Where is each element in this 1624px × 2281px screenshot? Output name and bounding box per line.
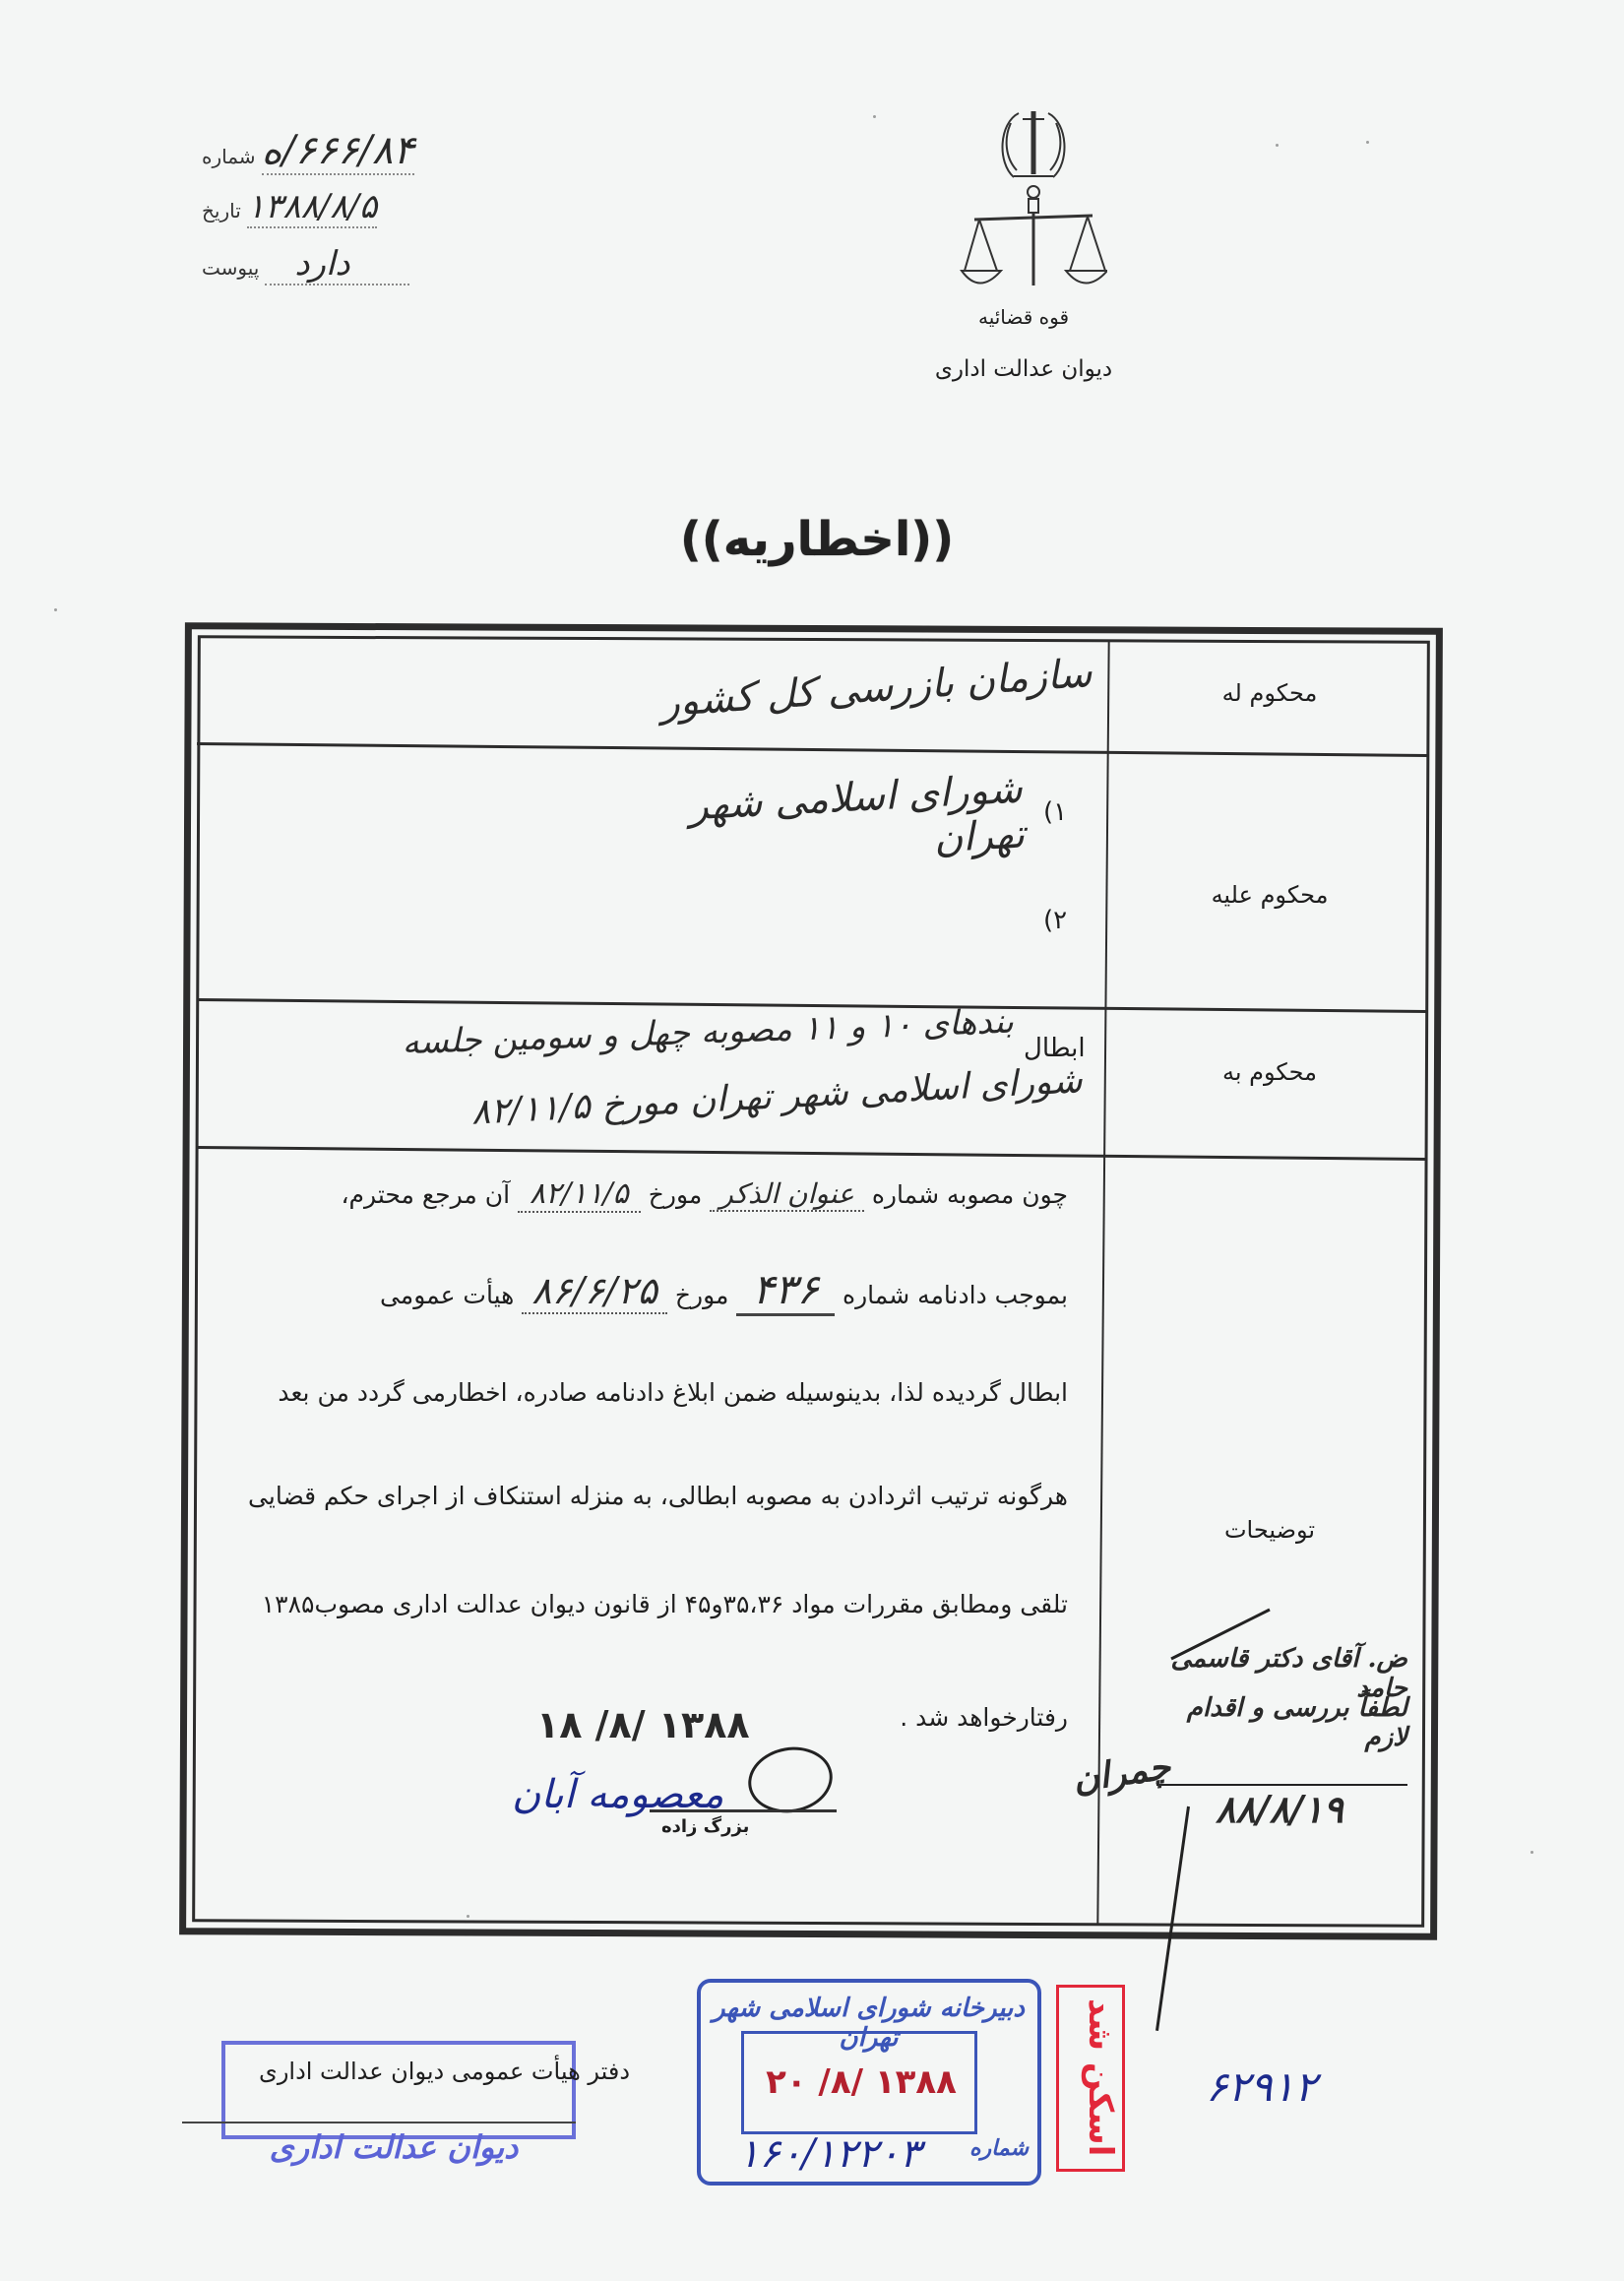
header-attachment-row: پیوست دارد (202, 244, 546, 285)
signature-underline (650, 1809, 837, 1812)
line-2-part-b: مورخ (675, 1281, 729, 1309)
line-1-hand-number: عنوان الذکر (710, 1177, 864, 1212)
date-value: ۱۳۸۸/۸/۵ (247, 187, 377, 228)
label-ruled-for: محکوم له (1122, 679, 1417, 707)
court-stamp (221, 2041, 576, 2139)
item-2-number: ۲) (1043, 906, 1067, 935)
description-line-1: چون مصوبه شماره عنوان الذکر مورخ ۸۲/۱۱/۵… (341, 1176, 1068, 1213)
council-stamp-number: ۱۶۰/۱۲۲۰۳ (738, 2131, 920, 2177)
page-title: ((اخطاریه)) (679, 512, 955, 567)
description-line-2: بموجب دادنامه شماره ۴۳۶ مورخ ۸۶/۶/۲۵ هیأ… (380, 1265, 1068, 1316)
court-name: دیوان عدالت اداری (886, 356, 1161, 382)
line-1-part-c: آن مرجع محترم، (341, 1180, 510, 1209)
description-line-6: رفتارخواهد شد . (900, 1703, 1068, 1732)
judiciary-emblem-icon (960, 103, 1107, 290)
attachment-label: پیوست (202, 256, 259, 280)
description-line-3: ابطال گردیده لذا، بدینوسیله ضمن ابلاغ دا… (278, 1378, 1068, 1407)
description-line-5: تلقی ومطابق مقررات مواد ۳۵،۳۶و۴۵ از قانو… (262, 1590, 1068, 1618)
label-description: توضیحات (1122, 1516, 1417, 1544)
label-ruled-subject: محکوم به (1122, 1058, 1417, 1086)
description-line-4: هرگونه ترتیب اثردادن به مصوبه ابطالی، به… (248, 1482, 1068, 1510)
line-1-hand-date: ۸۲/۱۱/۵ (518, 1176, 641, 1213)
line-2-part-c: هیأت عمومی (380, 1281, 514, 1309)
line-2-part-a: بموجب دادنامه شماره (843, 1281, 1068, 1309)
line-2-hand-number: ۴۳۶ (736, 1265, 835, 1316)
court-stamp-text: دیوان عدالت اداری (236, 2128, 551, 2166)
judiciary-name: قوه قضائیه (906, 305, 1142, 329)
signatory-printed-name: بزرگ زاده (661, 1816, 749, 1837)
council-stamp-date: ۱۳۸۸ /۸/ ۲۰ (748, 2062, 974, 2102)
header-number-row: شماره ۶۶۶/۸۴/ه (202, 128, 546, 175)
label-ruled-against: محکوم علیه (1122, 881, 1417, 909)
subject-printed-prefix: ابطال (1024, 1034, 1086, 1063)
item-1-number: ۱) (1043, 797, 1067, 827)
footer-hand-number: ۶۲۹۱۲ (1206, 2062, 1317, 2111)
margin-note-underline (1156, 1784, 1407, 1786)
date-label: تاریخ (202, 199, 241, 222)
footer-office-text: دفتر هیأت عمومی دیوان عدالت اداری (177, 2058, 630, 2085)
scanned-stamp-text: اسکن شد (1061, 1994, 1120, 2161)
footer-strike-line (182, 2122, 576, 2123)
signature-date: ۱۳۸۸ /۸/ ۱۸ (536, 1703, 750, 1746)
number-value: ۶۶۶/۸۴/ه (262, 128, 414, 175)
number-label: شماره (202, 145, 256, 168)
margin-note-line-2: لطفاً بررسی و اقدام لازم (1161, 1693, 1407, 1752)
council-stamp-number-label: شماره (969, 2136, 1029, 2161)
attachment-value: دارد (265, 244, 408, 285)
line-2-hand-date: ۸۶/۶/۲۵ (522, 1269, 667, 1314)
header-date-row: تاریخ ۱۳۸۸/۸/۵ (202, 187, 546, 228)
line-1-part-b: مورخ (649, 1180, 703, 1209)
line-1-part-a: چون مصوبه شماره (872, 1180, 1068, 1209)
margin-note-date: ۸۸/۸/۱۹ (1216, 1787, 1343, 1831)
